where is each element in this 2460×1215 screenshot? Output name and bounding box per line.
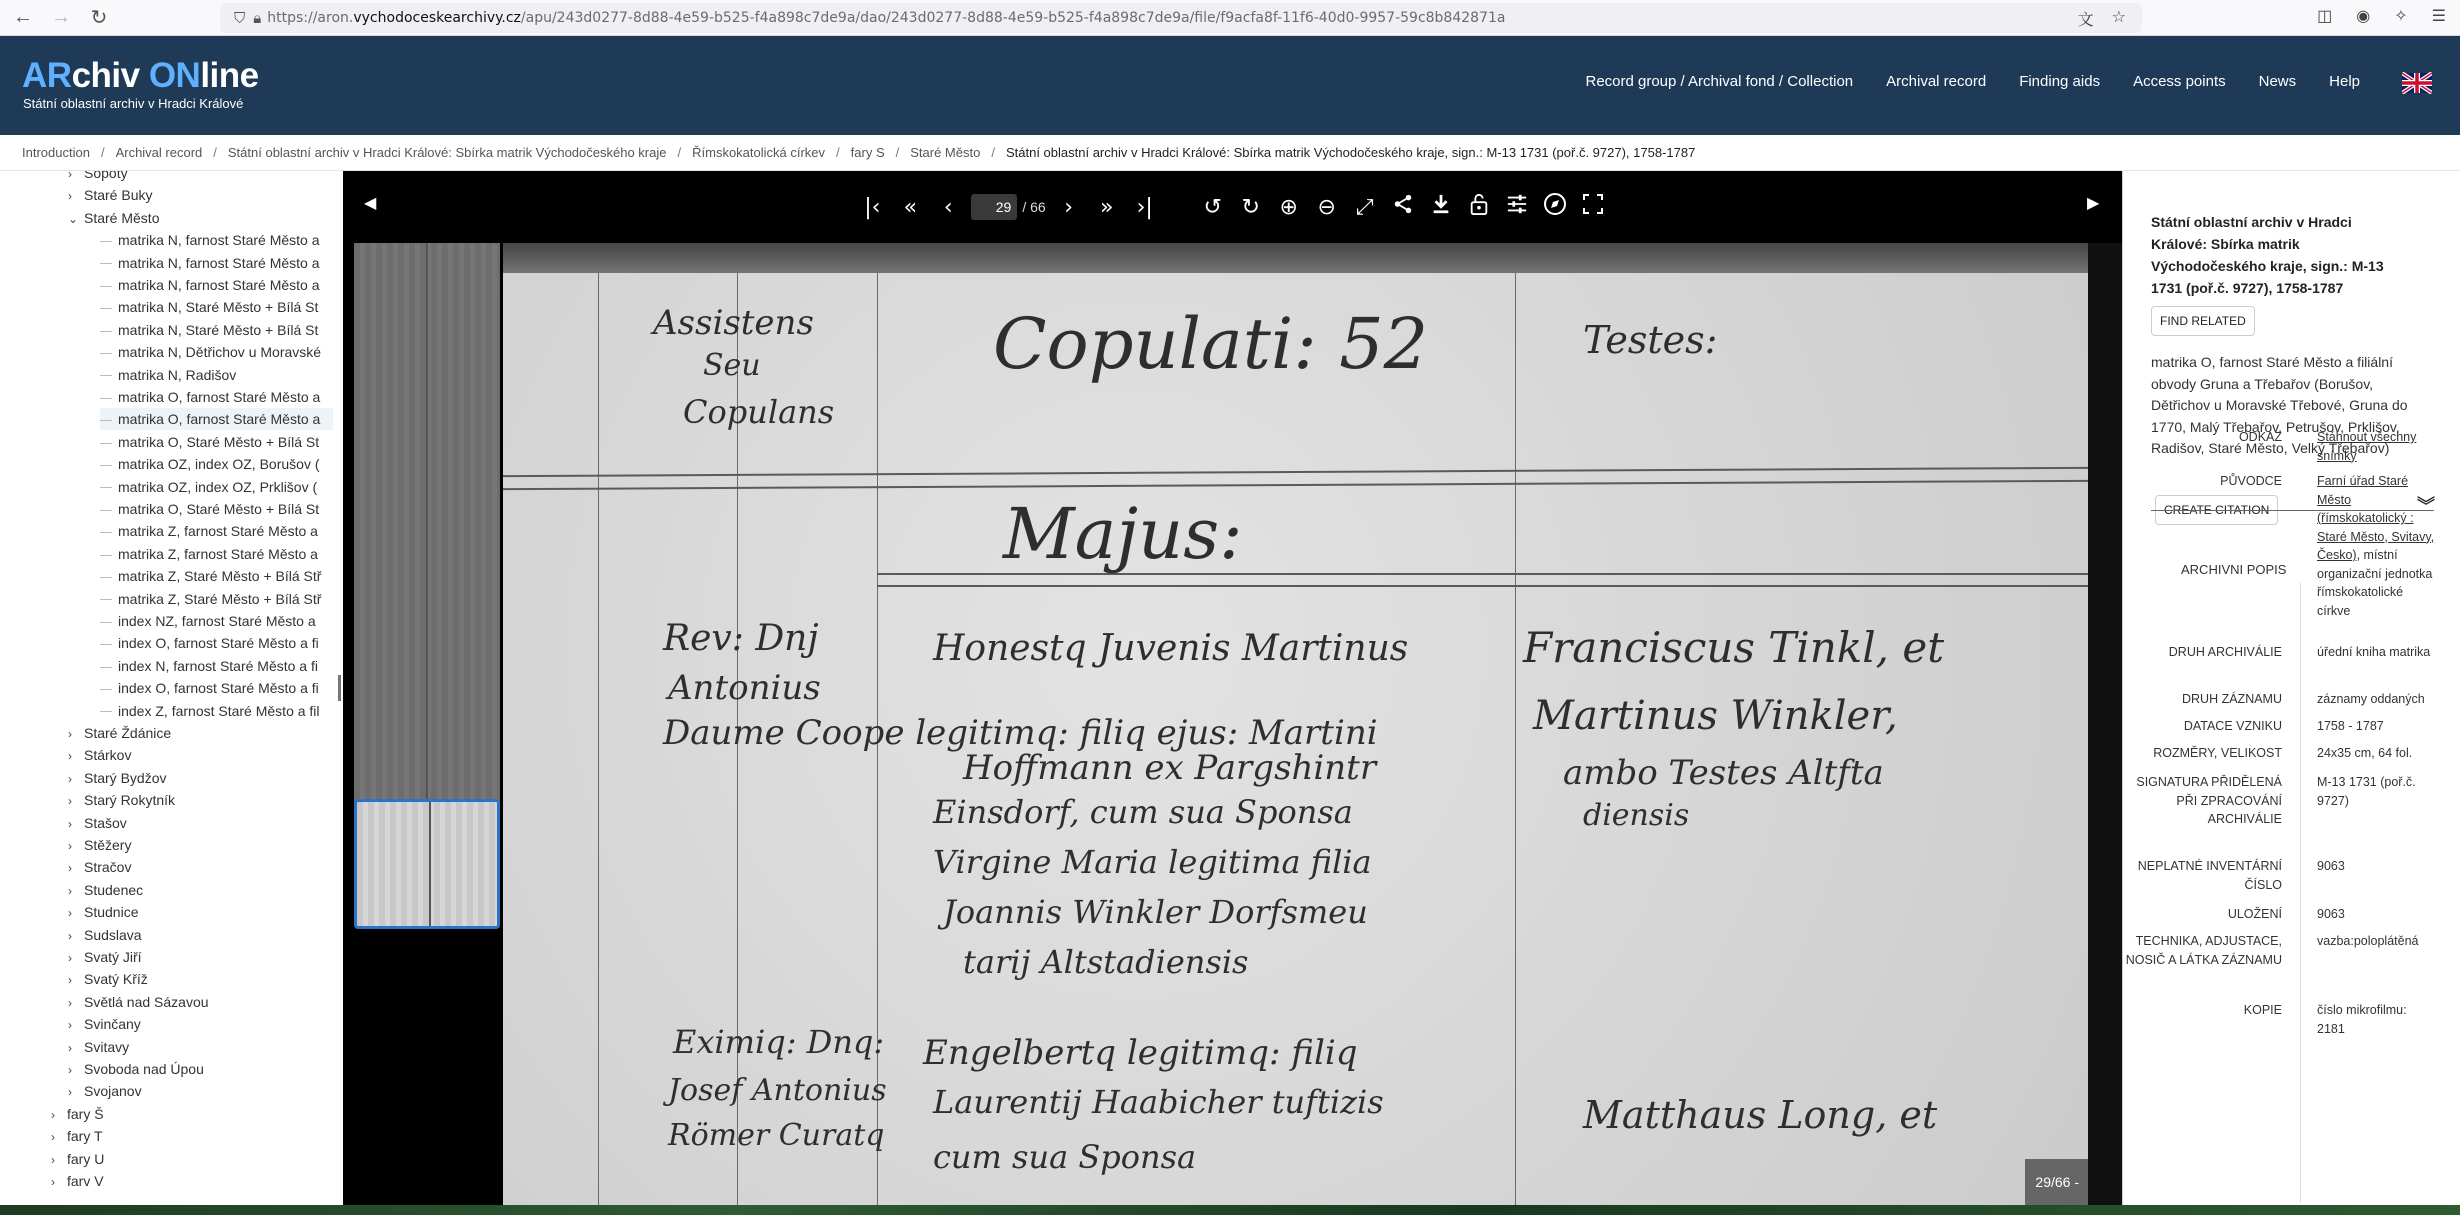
leaf-dash-icon <box>100 263 112 264</box>
manuscript-handwriting: Testes: <box>1583 318 1717 362</box>
tree-item-label: Staré Ždánice <box>84 725 171 741</box>
tree-item[interactable]: matrika Z, farnost Staré Město a <box>100 543 333 565</box>
fullscreen-icon[interactable] <box>1574 194 1612 220</box>
nav-news[interactable]: News <box>2259 73 2297 90</box>
detail-value: 9063 <box>2317 905 2437 924</box>
chevron-right-icon[interactable]: › <box>68 813 84 835</box>
page-counter: 29/66 - <box>2025 1159 2088 1205</box>
chevron-right-icon[interactable]: › <box>68 880 84 902</box>
chevron-right-icon[interactable]: › <box>68 925 84 947</box>
tree-item[interactable]: matrika Z, farnost Staré Město a <box>100 520 333 542</box>
tree-item[interactable]: matrika N, Dětřichov u Moravské <box>100 341 333 363</box>
manuscript-handwriting: Copulans <box>683 393 834 431</box>
breadcrumb-archival-record[interactable]: Archival record <box>116 145 203 160</box>
tree-item[interactable]: matrika N, Radišov <box>100 364 333 386</box>
chevron-right-icon[interactable]: › <box>51 1104 67 1126</box>
leaf-dash-icon <box>100 308 112 309</box>
extensions-icon[interactable]: ✧ <box>2394 6 2407 26</box>
tree-item-label: Svinčany <box>84 1016 141 1032</box>
record-title: Státní oblastní archiv v Hradci Králové:… <box>2151 211 2411 299</box>
leaf-dash-icon <box>100 420 112 421</box>
tree-item[interactable]: matrika O, Staré Město + Bílá St <box>100 498 333 520</box>
manuscript-handwriting: Matthaus Long, et <box>1583 1093 1937 1137</box>
tree-item-label: matrika N, Staré Město + Bílá St <box>118 299 318 315</box>
pocket-icon[interactable]: ◫ <box>2317 6 2332 26</box>
nav-help[interactable]: Help <box>2329 73 2360 90</box>
logo-part: chiv <box>72 56 149 95</box>
logo[interactable]: ARchiv ONline <box>22 56 259 96</box>
tree-item[interactable]: matrika O, Staré Město + Bílá St <box>100 431 333 453</box>
back-icon[interactable]: ← <box>8 6 38 29</box>
main-nav: Record group / Archival fond / Collectio… <box>1585 73 2360 90</box>
tree-item-label: matrika O, Staré Město + Bílá St <box>118 501 319 517</box>
shield-icon[interactable]: ⛉ <box>234 9 245 27</box>
tree-item-label: Staré Město <box>84 210 159 226</box>
tree-item[interactable]: ›Staré Ždánice <box>68 722 333 744</box>
manuscript-handwriting: tarij Altstadiensis <box>963 943 1248 981</box>
lock-icon[interactable] <box>1460 192 1498 222</box>
detail-value: záznamy oddaných <box>2317 690 2437 709</box>
translate-icon[interactable]: 文 <box>2078 7 2094 30</box>
manuscript-handwriting: ambo Testes Altfta <box>1563 753 1884 793</box>
leaf-dash-icon <box>100 443 112 444</box>
manuscript-page-image[interactable]: AssistensSeuCopulansCopulati: 52Testes:M… <box>503 243 2122 1205</box>
detail-key: KOPIE <box>2122 1001 2282 1020</box>
page-total: / 66 <box>1022 199 1045 215</box>
chevron-right-icon[interactable]: › <box>68 723 84 745</box>
detail-key: SIGNATURA PŘIDĚLENÁ PŘI ZPRACOVÁNÍ ARCHI… <box>2122 773 2282 829</box>
navigator-compass-icon[interactable] <box>1536 192 1574 222</box>
tree-item[interactable]: matrika O, farnost Staré Město a <box>100 408 333 430</box>
next-page-icon[interactable]: › <box>1050 195 1088 220</box>
tree-item-label: matrika Z, farnost Staré Město a <box>118 523 318 539</box>
detail-link[interactable]: Stáhnout všechny snímky <box>2317 430 2416 463</box>
tree-item[interactable]: matrika N, Staré Město + Bílá St <box>100 319 333 341</box>
tree-item-label: fary Š <box>67 1106 104 1122</box>
menu-icon[interactable]: ☰ <box>2432 6 2446 26</box>
tree-scrollbar[interactable] <box>338 675 341 701</box>
tree-item[interactable]: ›Svatý Jiří <box>68 946 333 968</box>
breadcrumb-church[interactable]: Římskokatolická církev <box>692 145 825 160</box>
breadcrumb-separator: / <box>213 145 217 160</box>
tree-item-label: Starý Rokytník <box>84 792 175 808</box>
tree-item[interactable]: ›Stárkov <box>68 744 333 766</box>
leaf-dash-icon <box>100 689 112 690</box>
tree-item[interactable]: index O, farnost Staré Město a fi <box>100 677 333 699</box>
fit-screen-icon[interactable]: ⤢ <box>1346 195 1384 220</box>
url-host: vychodoceskearchivy.cz <box>353 10 521 26</box>
tree-item[interactable]: ›Stašov <box>68 812 333 834</box>
tree-item-label: Svojanov <box>84 1083 142 1099</box>
manuscript-handwriting: Copulati: 52 <box>993 303 1428 385</box>
tree-item-label: index Z, farnost Staré Město a fil <box>118 703 320 719</box>
prev-page-icon[interactable]: ‹ <box>929 195 967 220</box>
tree-item-label: matrika O, farnost Staré Město a <box>118 411 320 427</box>
tree-item-label: Svitavy <box>84 1039 129 1055</box>
url-prefix: https://aron. <box>267 10 353 26</box>
leaf-dash-icon <box>100 667 112 668</box>
tree-item-label: matrika OZ, index OZ, Borušov ( <box>118 456 320 472</box>
chevron-down-icon[interactable]: ⌄ <box>68 208 84 230</box>
manuscript-handwriting: cum sua Sponsa <box>933 1138 1196 1176</box>
breadcrumb-fary-s[interactable]: fary S <box>851 145 885 160</box>
detail-value: vazba:poloplátěná <box>2317 932 2437 951</box>
tree-item[interactable]: ›Světlá nad Sázavou <box>68 991 333 1013</box>
leaf-dash-icon <box>100 353 112 354</box>
chevron-right-icon[interactable]: › <box>68 902 84 924</box>
tree-item[interactable]: ›Studnice <box>68 901 333 923</box>
detail-key: TECHNIKA, ADJUSTACE, NOSIČ A LÁTKA ZÁZNA… <box>2122 932 2282 969</box>
manuscript-handwriting: Majus: <box>1003 493 1243 575</box>
chevron-right-icon[interactable]: › <box>51 1171 67 1193</box>
leaf-dash-icon <box>100 510 112 511</box>
detail-value: M-13 1731 (poř.č. 9727) <box>2317 773 2437 810</box>
manuscript-handwriting: Rev: Dnj <box>663 618 819 659</box>
tree-item-label: Stašov <box>84 815 127 831</box>
detail-value: 1758 - 1787 <box>2317 717 2437 736</box>
tree-item-label: Stračov <box>84 859 131 875</box>
tree-item-label: fary T <box>67 1128 103 1144</box>
tree-item[interactable]: matrika OZ, index OZ, Borušov ( <box>100 453 333 475</box>
tree-item-label: matrika O, Staré Město + Bílá St <box>118 434 319 450</box>
browser-toolbar: ← → ↻ ⛉ 🔒︎ https://aron.vychodoceskearch… <box>0 0 2460 36</box>
collapse-left-panel-icon[interactable]: ◀ <box>364 193 376 213</box>
logo-part: ON <box>149 56 201 95</box>
detail-value: 9063 <box>2317 857 2437 876</box>
viewer-toolbar: |‹ « ‹ / 66 › » ›| ↺ ↻ ⊕ ⊖ ⤢ <box>343 171 2122 243</box>
tree-item[interactable]: ›fary U <box>51 1148 333 1170</box>
leaf-dash-icon <box>100 599 112 600</box>
chevron-right-icon[interactable]: › <box>68 969 84 991</box>
tree-item-label: index NZ, farnost Staré Město a <box>118 613 316 629</box>
zoom-in-icon[interactable]: ⊕ <box>1270 195 1308 220</box>
tree-item[interactable]: matrika N, farnost Staré Město a <box>100 252 333 274</box>
detail-value: Stáhnout všechny snímky <box>2317 428 2437 465</box>
tree-item-label: farv V <box>67 1173 104 1189</box>
leaf-dash-icon <box>100 487 112 488</box>
nav-access-points[interactable]: Access points <box>2133 73 2226 90</box>
rotate-right-icon[interactable]: ↻ <box>1232 195 1270 220</box>
tree-item-label: Sudslava <box>84 927 142 943</box>
site-header: ARchiv ONline Státní oblastní archiv v H… <box>0 36 2460 135</box>
tree-item[interactable]: index O, farnost Staré Město a fi <box>100 632 333 654</box>
breadcrumb: Introduction/ Archival record/ Státní ob… <box>0 135 2460 171</box>
table-divider <box>2300 583 2301 1203</box>
tree-item-label: Studnice <box>84 904 138 920</box>
chevron-right-icon[interactable]: › <box>51 1149 67 1171</box>
leaf-dash-icon <box>100 286 112 287</box>
detail-value: úřední kniha matrika <box>2317 643 2437 662</box>
find-related-button[interactable]: FIND RELATED <box>2151 306 2255 336</box>
tree-item[interactable]: index NZ, farnost Staré Město a <box>100 610 333 632</box>
leaf-dash-icon <box>100 331 112 332</box>
leaf-dash-icon <box>100 398 112 399</box>
prev-fast-icon[interactable]: « <box>891 195 929 220</box>
detail-key: NEPLATNÉ INVENTÁRNÍ ČÍSLO <box>2122 857 2282 894</box>
nav-record-group[interactable]: Record group / Archival fond / Collectio… <box>1585 73 1853 90</box>
breadcrumb-separator: / <box>991 145 995 160</box>
tree-item[interactable]: matrika OZ, index OZ, Prklišov ( <box>100 476 333 498</box>
tree-item-label: Staré Buky <box>84 187 152 203</box>
logo-subtitle: Státní oblastní archiv v Hradci Králové <box>23 96 243 111</box>
chevron-right-icon[interactable]: › <box>68 992 84 1014</box>
leaf-dash-icon <box>100 532 112 533</box>
tree-item-label: Svoboda nad Úpou <box>84 1061 204 1077</box>
tree-item-label: matrika N, Dětřichov u Moravské <box>118 344 321 360</box>
tree-item[interactable]: ›Stěžery <box>68 834 333 856</box>
manuscript-handwriting: Josef Antonius <box>668 1073 887 1108</box>
tree-item-label: index O, farnost Staré Město a fi <box>118 635 319 651</box>
logo-part: AR <box>22 56 72 95</box>
manuscript-handwriting: Joannis Winkler Dorfsmeu <box>943 893 1368 931</box>
manuscript-handwriting: Honestq Juvenis Martinus <box>933 628 1408 669</box>
manuscript-handwriting: Laurentij Haabicher tuftizis <box>933 1083 1384 1121</box>
chevron-right-icon[interactable]: › <box>51 1126 67 1148</box>
thumbnail-strip[interactable]: 22232425262728 <box>350 243 500 1205</box>
address-bar[interactable]: ⛉ 🔒︎ https://aron.vychodoceskearchivy.cz… <box>220 3 2142 33</box>
share-icon[interactable] <box>1384 193 1422 221</box>
tree-item-label: Starý Bydžov <box>84 770 166 786</box>
tree-item-label: matrika N, farnost Staré Město a <box>118 277 320 293</box>
detail-key: ROZMĚRY, VELIKOST <box>2122 744 2282 763</box>
chevron-right-icon[interactable]: › <box>68 790 84 812</box>
archive-tree: ›Sopoty›Staré Buky⌄Staré Městomatrika N,… <box>0 171 343 1205</box>
leaf-dash-icon <box>100 241 112 242</box>
detail-key: DATACE VZNIKU <box>2122 717 2282 736</box>
tree-item-label: matrika N, Radišov <box>118 367 236 383</box>
tree-item-label: matrika OZ, index OZ, Prklišov ( <box>118 479 317 495</box>
tree-item[interactable]: ›Sudslava <box>68 924 333 946</box>
tree-item-label: Světlá nad Sázavou <box>84 994 209 1010</box>
manuscript-handwriting: Franciscus Tinkl, et <box>1523 623 1944 672</box>
page-number-input[interactable] <box>971 194 1017 220</box>
tree-item-label: Svatý Kříž <box>84 971 148 987</box>
breadcrumb-current: Státní oblastní archiv v Hradci Králové:… <box>1006 145 1695 160</box>
tree-item[interactable]: matrika Z, Staré Město + Bílá Stř <box>100 565 333 587</box>
url-path: /apu/243d0277-8d88-4e59-b525-f4a898c7de9… <box>521 10 1506 26</box>
manuscript-handwriting: Virgine Maria legitima filia <box>933 843 1372 881</box>
chevron-right-icon[interactable]: › <box>68 185 84 207</box>
manuscript-handwriting: diensis <box>1583 798 1689 833</box>
tree-item[interactable]: ›Stračov <box>68 856 333 878</box>
lock-icon[interactable]: 🔒︎ <box>253 9 261 27</box>
breadcrumb-introduction[interactable]: Introduction <box>22 145 90 160</box>
tree-item[interactable]: ›Svojanov <box>68 1080 333 1102</box>
leaf-dash-icon <box>100 555 112 556</box>
nav-finding-aids[interactable]: Finding aids <box>2019 73 2100 90</box>
rotate-left-icon[interactable]: ↺ <box>1194 195 1232 220</box>
leaf-dash-icon <box>100 644 112 645</box>
tree-item-label: Svatý Jiří <box>84 949 142 965</box>
chevron-right-icon[interactable]: › <box>68 745 84 767</box>
manuscript-handwriting: Römer Curatq <box>668 1118 885 1153</box>
last-page-icon[interactable]: ›| <box>1126 195 1164 220</box>
tree-item[interactable]: ›Svitavy <box>68 1036 333 1058</box>
tree-item[interactable]: ›farv V <box>51 1170 333 1192</box>
tree-item[interactable]: ›Starý Rokytník <box>68 789 333 811</box>
manuscript-handwriting: Einsdorf, cum sua Sponsa <box>933 793 1353 831</box>
tree-item-label: Sopoty <box>84 171 128 181</box>
tree-item[interactable]: ›fary Š <box>51 1103 333 1125</box>
next-fast-icon[interactable]: » <box>1088 195 1126 220</box>
tree-item[interactable]: ›fary T <box>51 1125 333 1147</box>
manuscript-handwriting: Assistens <box>653 303 814 343</box>
detail-key: DRUH ZÁZNAMU <box>2122 690 2282 709</box>
chevron-right-icon[interactable]: › <box>68 835 84 857</box>
tree-item[interactable]: ›Starý Bydžov <box>68 767 333 789</box>
manuscript-handwriting: Hoffmann ex Pargshintr <box>963 748 1376 788</box>
reload-icon[interactable]: ↻ <box>84 5 114 30</box>
tree-item-label: matrika O, farnost Staré Město a <box>118 389 320 405</box>
tree-item-label: Stěžery <box>84 837 131 853</box>
record-details-panel: Státní oblastní archiv v Hradci Králové:… <box>2122 171 2460 1205</box>
tree-item-label: matrika N, farnost Staré Město a <box>118 255 320 271</box>
leaf-dash-icon <box>100 577 112 578</box>
tree-item-label: index N, farnost Staré Město a fi <box>118 658 318 674</box>
leaf-dash-icon <box>100 465 112 466</box>
tree-item-label: matrika N, Staré Město + Bílá St <box>118 322 318 338</box>
leaf-dash-icon <box>100 375 112 376</box>
manuscript-handwriting: Antonius <box>668 668 821 708</box>
account-icon[interactable]: ◉ <box>2356 6 2370 26</box>
tree-item[interactable]: matrika N, farnost Staré Město a <box>100 274 333 296</box>
tree-item[interactable]: matrika Z, Staré Město + Bílá Stř <box>100 588 333 610</box>
detail-key: DRUH ARCHIVÁLIE <box>2122 643 2282 662</box>
manuscript-handwriting: Seu <box>703 348 761 383</box>
breadcrumb-stare-mesto[interactable]: Staré Město <box>910 145 980 160</box>
nav-archival-record[interactable]: Archival record <box>1886 73 1986 90</box>
logo-part: line <box>200 56 258 95</box>
tree-item-label: Studenec <box>84 882 143 898</box>
download-icon[interactable] <box>1422 193 1460 221</box>
tree-item-label: matrika Z, Staré Město + Bílá Stř <box>118 591 321 607</box>
zoom-out-icon[interactable]: ⊖ <box>1308 195 1346 220</box>
leaf-dash-icon <box>100 622 112 623</box>
detail-value: číslo mikrofilmu: 2181 <box>2317 1001 2437 1038</box>
leaf-dash-icon <box>100 711 112 712</box>
page-thumbnail[interactable] <box>354 799 500 929</box>
detail-value: Farní úřad Staré Město (římskokatolický … <box>2317 472 2437 620</box>
first-page-icon[interactable]: |‹ <box>853 195 891 220</box>
tree-item[interactable]: ›Svoboda nad Úpou <box>68 1058 333 1080</box>
tree-item[interactable]: matrika O, farnost Staré Město a <box>100 386 333 408</box>
chevron-right-icon[interactable]: › <box>68 1081 84 1103</box>
manuscript-handwriting: Eximiq: Dnq: <box>673 1023 884 1061</box>
breadcrumb-separator: / <box>896 145 900 160</box>
tree-item[interactable]: index Z, farnost Staré Město a fil <box>100 700 333 722</box>
chevron-right-icon[interactable]: › <box>68 768 84 790</box>
adjust-sliders-icon[interactable] <box>1498 193 1536 221</box>
chevron-right-icon[interactable]: › <box>68 1059 84 1081</box>
detail-value: 24x35 cm, 64 fol. <box>2317 744 2437 763</box>
breadcrumb-fond[interactable]: Státní oblastní archiv v Hradci Králové:… <box>228 145 667 160</box>
tree-item[interactable]: ⌄Staré Město <box>68 207 333 229</box>
tree-item-label: matrika Z, farnost Staré Město a <box>118 546 318 562</box>
chevron-right-icon[interactable]: › <box>68 857 84 879</box>
desktop-background <box>0 1205 2460 1215</box>
chevron-right-icon[interactable]: › <box>68 171 84 185</box>
breadcrumb-separator: / <box>677 145 681 160</box>
chevron-right-icon[interactable]: › <box>68 947 84 969</box>
manuscript-handwriting: Daume Coope legitimq: filiq ejus: Martin… <box>663 713 1378 753</box>
chevron-right-icon[interactable]: › <box>68 1037 84 1059</box>
tree-item[interactable]: ›Staré Buky <box>68 184 333 206</box>
detail-key: PŮVODCE <box>2122 472 2282 491</box>
tree-item-label: matrika N, farnost Staré Město a <box>118 232 320 248</box>
tree-item-label: fary U <box>67 1151 104 1167</box>
collapse-right-panel-icon[interactable]: ▶ <box>2087 193 2099 213</box>
tree-item-label: index O, farnost Staré Město a fi <box>118 680 319 696</box>
uk-flag-icon[interactable] <box>2402 72 2432 94</box>
image-viewer: |‹ « ‹ / 66 › » ›| ↺ ↻ ⊕ ⊖ ⤢ <box>343 171 2122 1205</box>
tree-item[interactable]: ›Svinčany <box>68 1013 333 1035</box>
forward-icon[interactable]: → <box>46 6 76 29</box>
bookmark-star-icon[interactable]: ☆ <box>2112 7 2126 30</box>
manuscript-handwriting: Engelbertq legitimq: filiq <box>923 1033 1357 1073</box>
breadcrumb-separator: / <box>101 145 105 160</box>
breadcrumb-separator: / <box>836 145 840 160</box>
tree-item-label: Stárkov <box>84 747 131 763</box>
tree-item-label: matrika Z, Staré Město + Bílá Stř <box>118 568 321 584</box>
tree-item[interactable]: index N, farnost Staré Město a fi <box>100 655 333 677</box>
detail-key: ULOŽENÍ <box>2122 905 2282 924</box>
tree-item[interactable]: ›Sopoty <box>68 171 333 184</box>
page-selector: / 66 <box>971 194 1045 220</box>
tree-item[interactable]: matrika N, Staré Město + Bílá St <box>100 296 333 318</box>
tree-item[interactable]: ›Studenec <box>68 879 333 901</box>
chevron-right-icon[interactable]: › <box>68 1014 84 1036</box>
tree-item[interactable]: ›Svatý Kříž <box>68 968 333 990</box>
tree-item[interactable]: matrika N, farnost Staré Město a <box>100 229 333 251</box>
detail-key: ODKAZ <box>2122 428 2282 447</box>
section-heading: ARCHIVNI POPIS <box>2181 562 2286 577</box>
manuscript-handwriting: Martinus Winkler, <box>1533 693 1898 739</box>
